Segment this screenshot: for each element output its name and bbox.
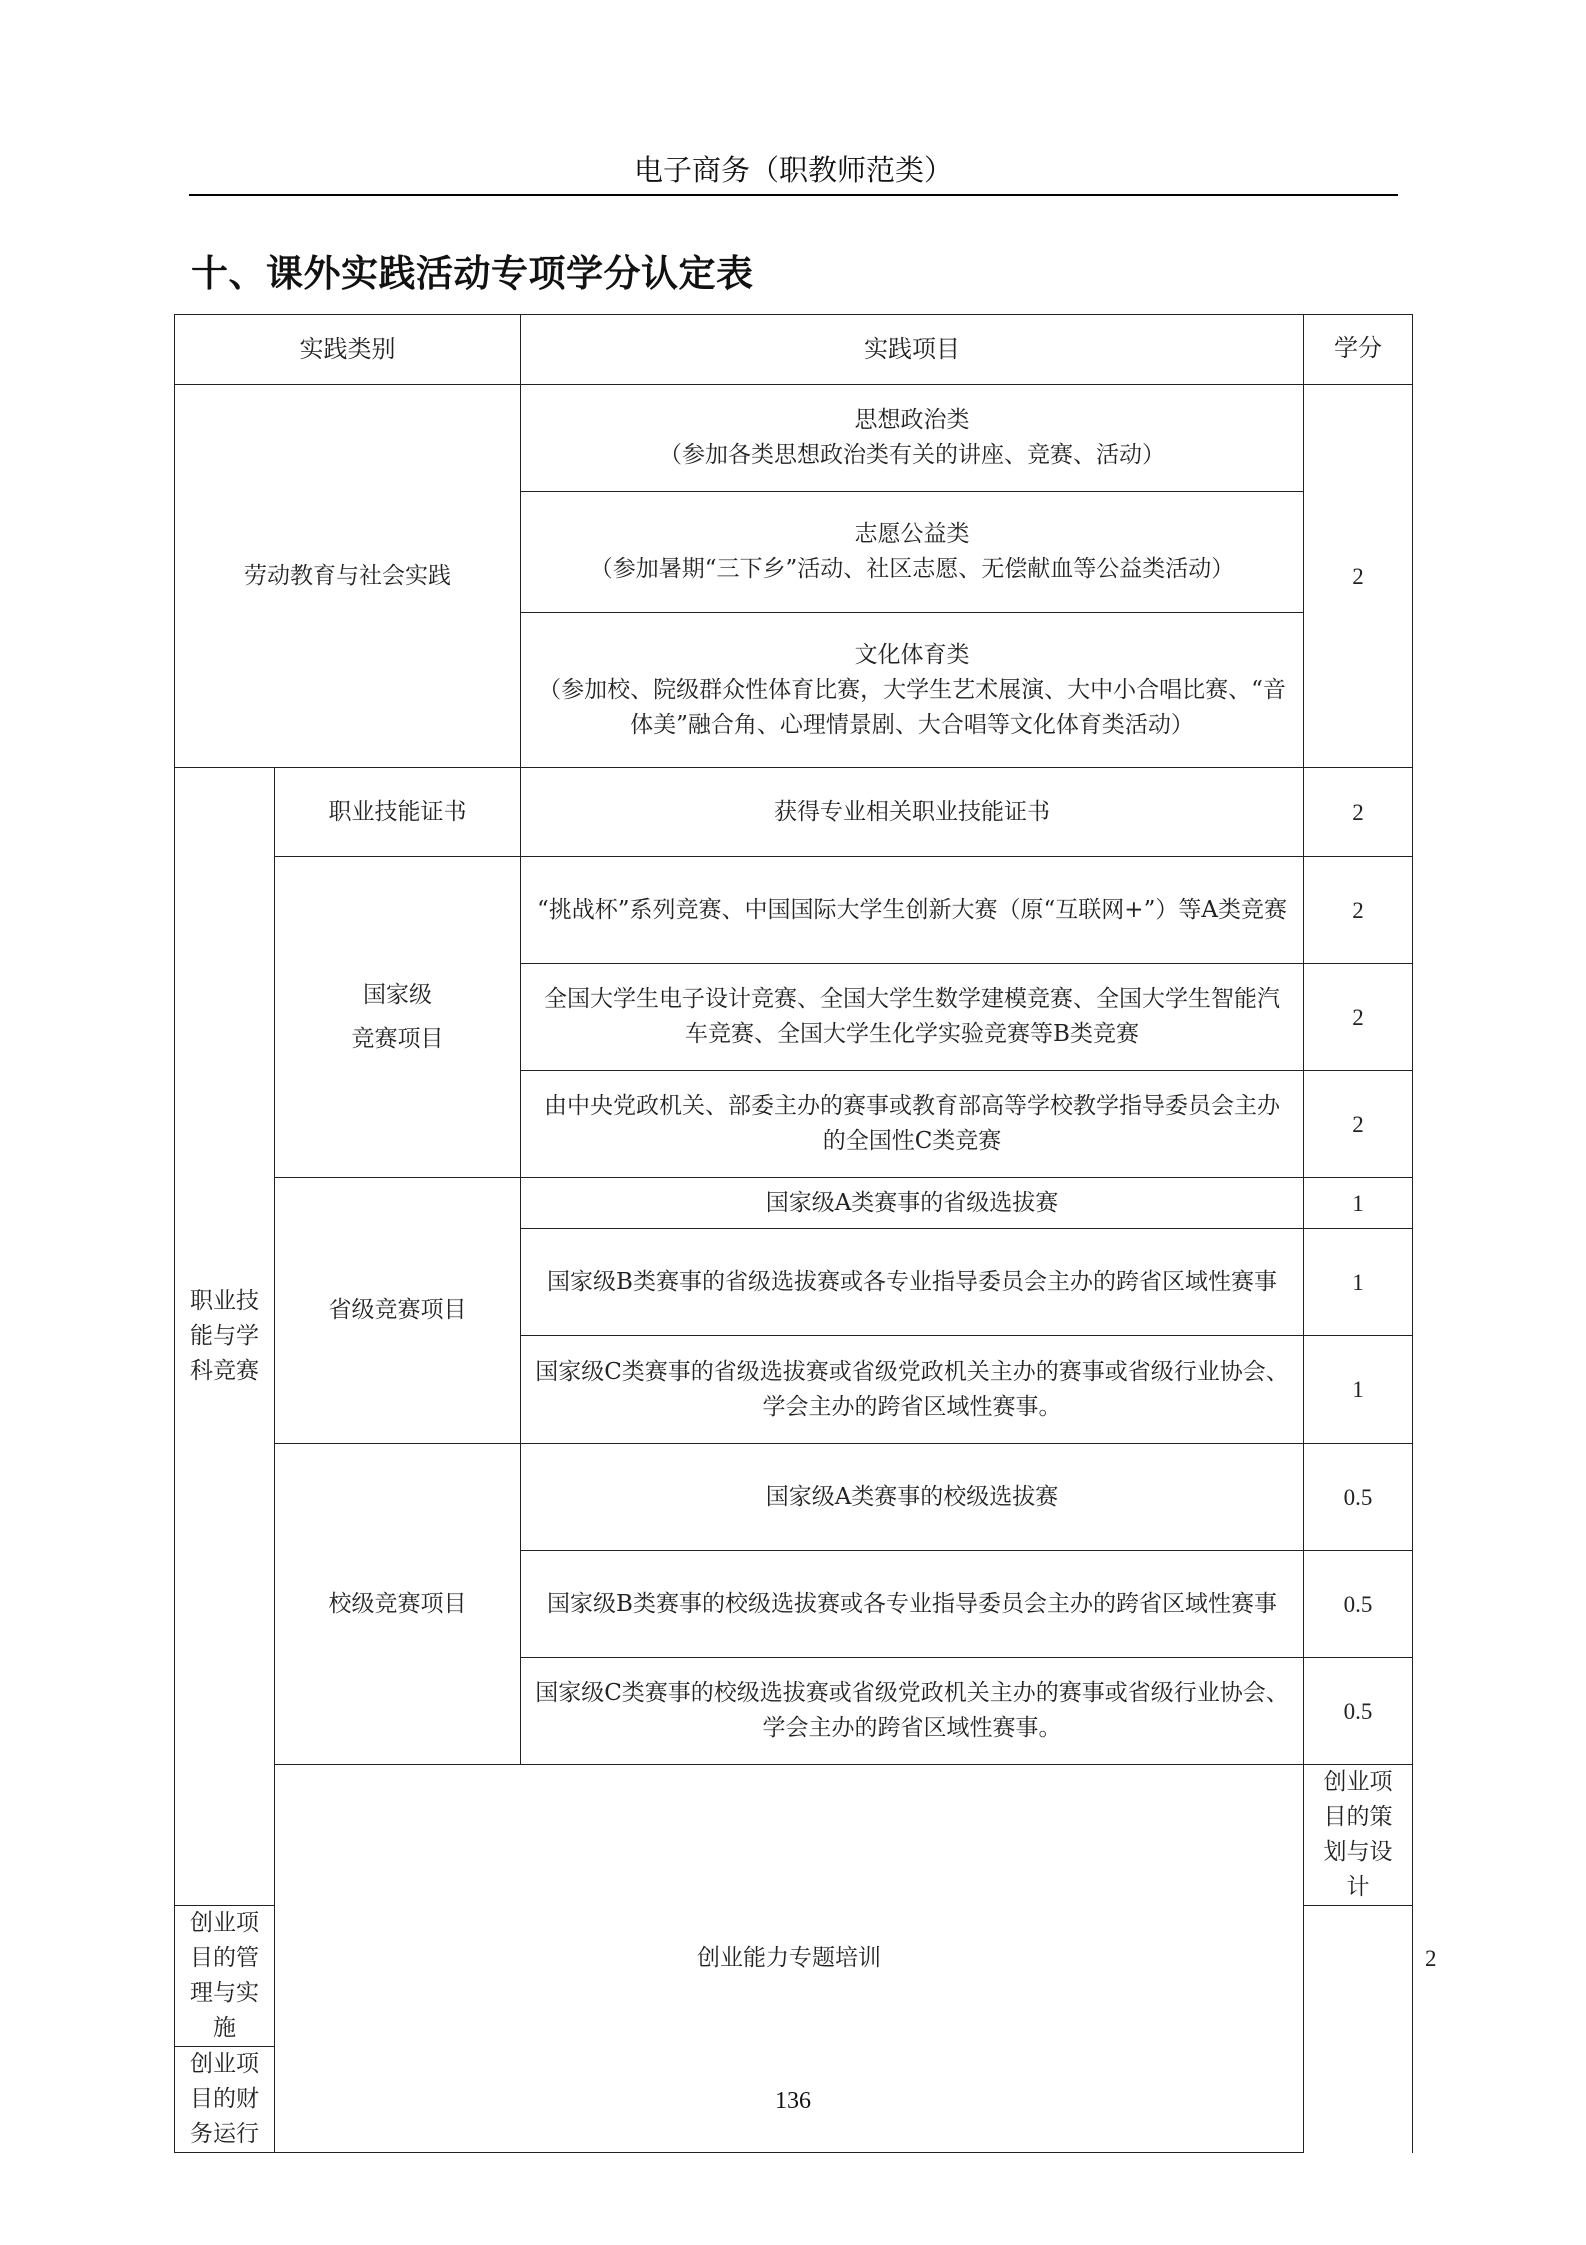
credit-value: 1	[1304, 1336, 1413, 1444]
subcategory-provincial: 省级竞赛项目	[275, 1178, 521, 1444]
header-category: 实践类别	[175, 315, 521, 385]
project-desc: （参加各类思想政治类有关的讲座、竞赛、活动）	[533, 438, 1291, 473]
subcategory-national: 国家级 竞赛项目	[275, 857, 521, 1178]
credit-value: 2	[1304, 385, 1413, 768]
project-cell: 由中央党政机关、部委主办的赛事或教育部高等学校教学指导委员会主办的全国性C类竞赛	[521, 1071, 1304, 1178]
table-header-row: 实践类别 实践项目 学分	[175, 315, 1413, 385]
category-skills: 职业技 能与学 科竞赛	[175, 768, 275, 1906]
credit-value: 0.5	[1304, 1444, 1413, 1551]
header-project: 实践项目	[521, 315, 1304, 385]
project-cell: 创业项目的管理与实施	[175, 1906, 275, 2047]
table-row: 创业能力专题培训 创业项目的策划与设计 2	[175, 1765, 1413, 1906]
header-rule	[189, 194, 1398, 196]
project-cell: “挑战杯”系列竞赛、中国国际大学生创新大赛（原“互联网+”）等A类竞赛	[521, 857, 1304, 964]
project-desc: （参加暑期“三下乡”活动、社区志愿、无偿献血等公益类活动）	[533, 552, 1291, 587]
credit-value: 2	[1304, 1071, 1413, 1178]
project-cell: 国家级B类赛事的校级选拔赛或各专业指导委员会主办的跨省区域性赛事	[521, 1551, 1304, 1658]
running-head: 电子商务（职教师范类）	[189, 150, 1398, 190]
project-cell: 国家级A类赛事的省级选拔赛	[521, 1178, 1304, 1229]
subcategory-school: 校级竞赛项目	[275, 1444, 521, 1765]
project-cell: 国家级B类赛事的省级选拔赛或各专业指导委员会主办的跨省区域性赛事	[521, 1229, 1304, 1336]
section-title: 十、课外实践活动专项学分认定表	[191, 248, 754, 300]
credit-value: 2	[1304, 964, 1413, 1071]
credit-value: 2	[1304, 768, 1413, 857]
project-desc: （参加校、院级群众性体育比赛，大学生艺术展演、大中小合唱比赛、“音体美”融合角、…	[533, 673, 1291, 743]
table-row: 校级竞赛项目 国家级A类赛事的校级选拔赛 0.5	[175, 1444, 1413, 1551]
header-credit: 学分	[1304, 315, 1413, 385]
project-cell: 创业项目的策划与设计	[1304, 1765, 1413, 1906]
project-title: 志愿公益类	[533, 517, 1291, 552]
project-cell: 国家级C类赛事的校级选拔赛或省级党政机关主办的赛事或省级行业协会、学会主办的跨省…	[521, 1658, 1304, 1765]
credit-value: 1	[1304, 1178, 1413, 1229]
project-cell: 国家级A类赛事的校级选拔赛	[521, 1444, 1304, 1551]
credit-value: 0.5	[1304, 1658, 1413, 1765]
table-row: 劳动教育与社会实践 思想政治类 （参加各类思想政治类有关的讲座、竞赛、活动） 2	[175, 385, 1413, 492]
credit-table: 实践类别 实践项目 学分 劳动教育与社会实践 思想政治类 （参加各类思想政治类有…	[174, 314, 1413, 2153]
table-row: 省级竞赛项目 国家级A类赛事的省级选拔赛 1	[175, 1178, 1413, 1229]
project-cell: 获得专业相关职业技能证书	[521, 768, 1304, 857]
subcategory-certificate: 职业技能证书	[275, 768, 521, 857]
project-title: 思想政治类	[533, 403, 1291, 438]
project-cell: 全国大学生电子设计竞赛、全国大学生数学建模竞赛、全国大学生智能汽车竞赛、全国大学…	[521, 964, 1304, 1071]
credit-value: 0.5	[1304, 1551, 1413, 1658]
credit-value: 1	[1304, 1229, 1413, 1336]
project-cell: 文化体育类 （参加校、院级群众性体育比赛，大学生艺术展演、大中小合唱比赛、“音体…	[521, 613, 1304, 768]
table-row: 职业技 能与学 科竞赛 职业技能证书 获得专业相关职业技能证书 2	[175, 768, 1413, 857]
credit-value: 2	[1304, 857, 1413, 964]
project-cell: 思想政治类 （参加各类思想政治类有关的讲座、竞赛、活动）	[521, 385, 1304, 492]
table-row: 国家级 竞赛项目 “挑战杯”系列竞赛、中国国际大学生创新大赛（原“互联网+”）等…	[175, 857, 1413, 964]
project-cell: 志愿公益类 （参加暑期“三下乡”活动、社区志愿、无偿献血等公益类活动）	[521, 492, 1304, 613]
project-cell: 国家级C类赛事的省级选拔赛或省级党政机关主办的赛事或省级行业协会、学会主办的跨省…	[521, 1336, 1304, 1444]
project-title: 文化体育类	[533, 638, 1291, 673]
category-labor: 劳动教育与社会实践	[175, 385, 521, 768]
page-number: 136	[0, 2088, 1586, 2115]
